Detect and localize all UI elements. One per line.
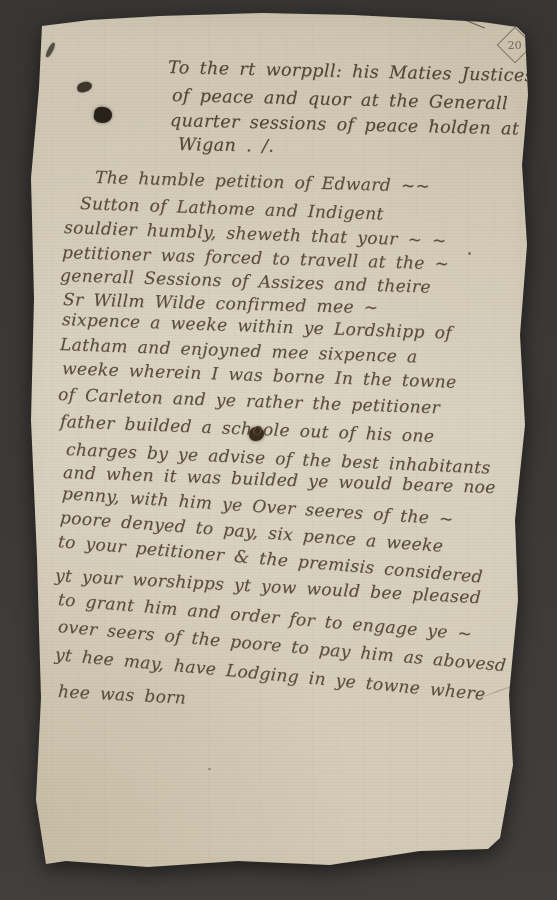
paper-hole (93, 106, 113, 124)
photo-background: 20 To the rt worppll: his Maties Justice… (0, 0, 557, 900)
paper-speck (208, 768, 211, 770)
folio-stamp: 20 (497, 27, 534, 64)
paper-hole (45, 42, 57, 58)
paper-surface: 20 To the rt worppll: his Maties Justice… (0, 0, 557, 900)
heading-line: To the rt worppll: his Maties Justices (168, 58, 534, 86)
heading-line: Wigan . /. (178, 135, 275, 157)
folio-number: 20 (508, 39, 522, 52)
petition-line: The humble petition of Edward ~~ (95, 168, 431, 197)
paper-sheet: 20 To the rt worppll: his Maties Justice… (0, 0, 557, 900)
paper-hole (76, 81, 93, 93)
pen-mark (457, 16, 485, 28)
petition-line: hee was born (57, 682, 186, 709)
heading-line: of peace and quor at the Generall (172, 86, 508, 114)
paper-speck (468, 252, 471, 255)
